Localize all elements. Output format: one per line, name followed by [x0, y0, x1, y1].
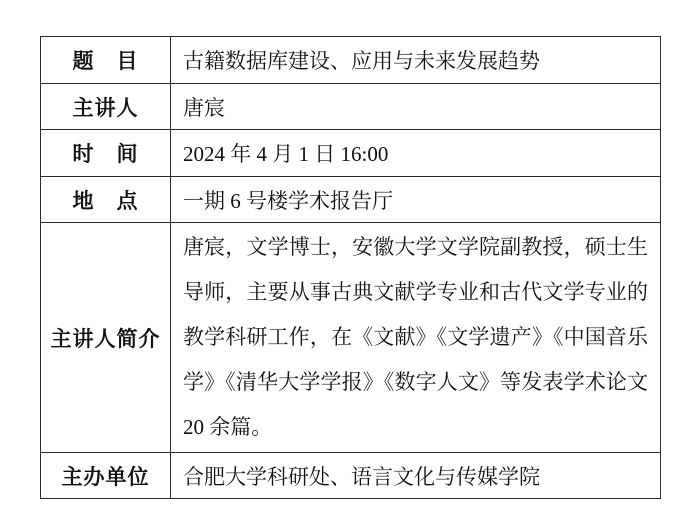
speaker-bio-value: 唐宸，文学博士，安徽大学文学院副教授，硕士生导师，主要从事古典文献学专业和古代文…: [171, 223, 661, 453]
table-row-location: 地 点 一期 6 号楼学术报告厅: [41, 177, 661, 223]
speaker-bio-label: 主讲人简介: [41, 223, 171, 453]
organizer-label: 主办单位: [41, 453, 171, 499]
speaker-label: 主讲人: [41, 84, 171, 130]
location-label: 地 点: [41, 177, 171, 223]
topic-value: 古籍数据库建设、应用与未来发展趋势: [171, 37, 661, 84]
table-row-speaker-bio: 主讲人简介 唐宸，文学博士，安徽大学文学院副教授，硕士生导师，主要从事古典文献学…: [41, 223, 661, 453]
organizer-value: 合肥大学科研处、语言文化与传媒学院: [171, 453, 661, 499]
time-value: 2024 年 4 月 1 日 16:00: [171, 130, 661, 177]
lecture-info-table: 题 目 古籍数据库建设、应用与未来发展趋势 主讲人 唐宸 时 间 2024 年 …: [40, 36, 661, 499]
table-row-organizer: 主办单位 合肥大学科研处、语言文化与传媒学院: [41, 453, 661, 499]
speaker-value: 唐宸: [171, 84, 661, 130]
document-page: 题 目 古籍数据库建设、应用与未来发展趋势 主讲人 唐宸 时 间 2024 年 …: [0, 0, 698, 529]
table-row-speaker: 主讲人 唐宸: [41, 84, 661, 130]
topic-label: 题 目: [41, 37, 171, 84]
table-row-topic: 题 目 古籍数据库建设、应用与未来发展趋势: [41, 37, 661, 84]
time-label: 时 间: [41, 130, 171, 177]
location-value: 一期 6 号楼学术报告厅: [171, 177, 661, 223]
table-row-time: 时 间 2024 年 4 月 1 日 16:00: [41, 130, 661, 177]
